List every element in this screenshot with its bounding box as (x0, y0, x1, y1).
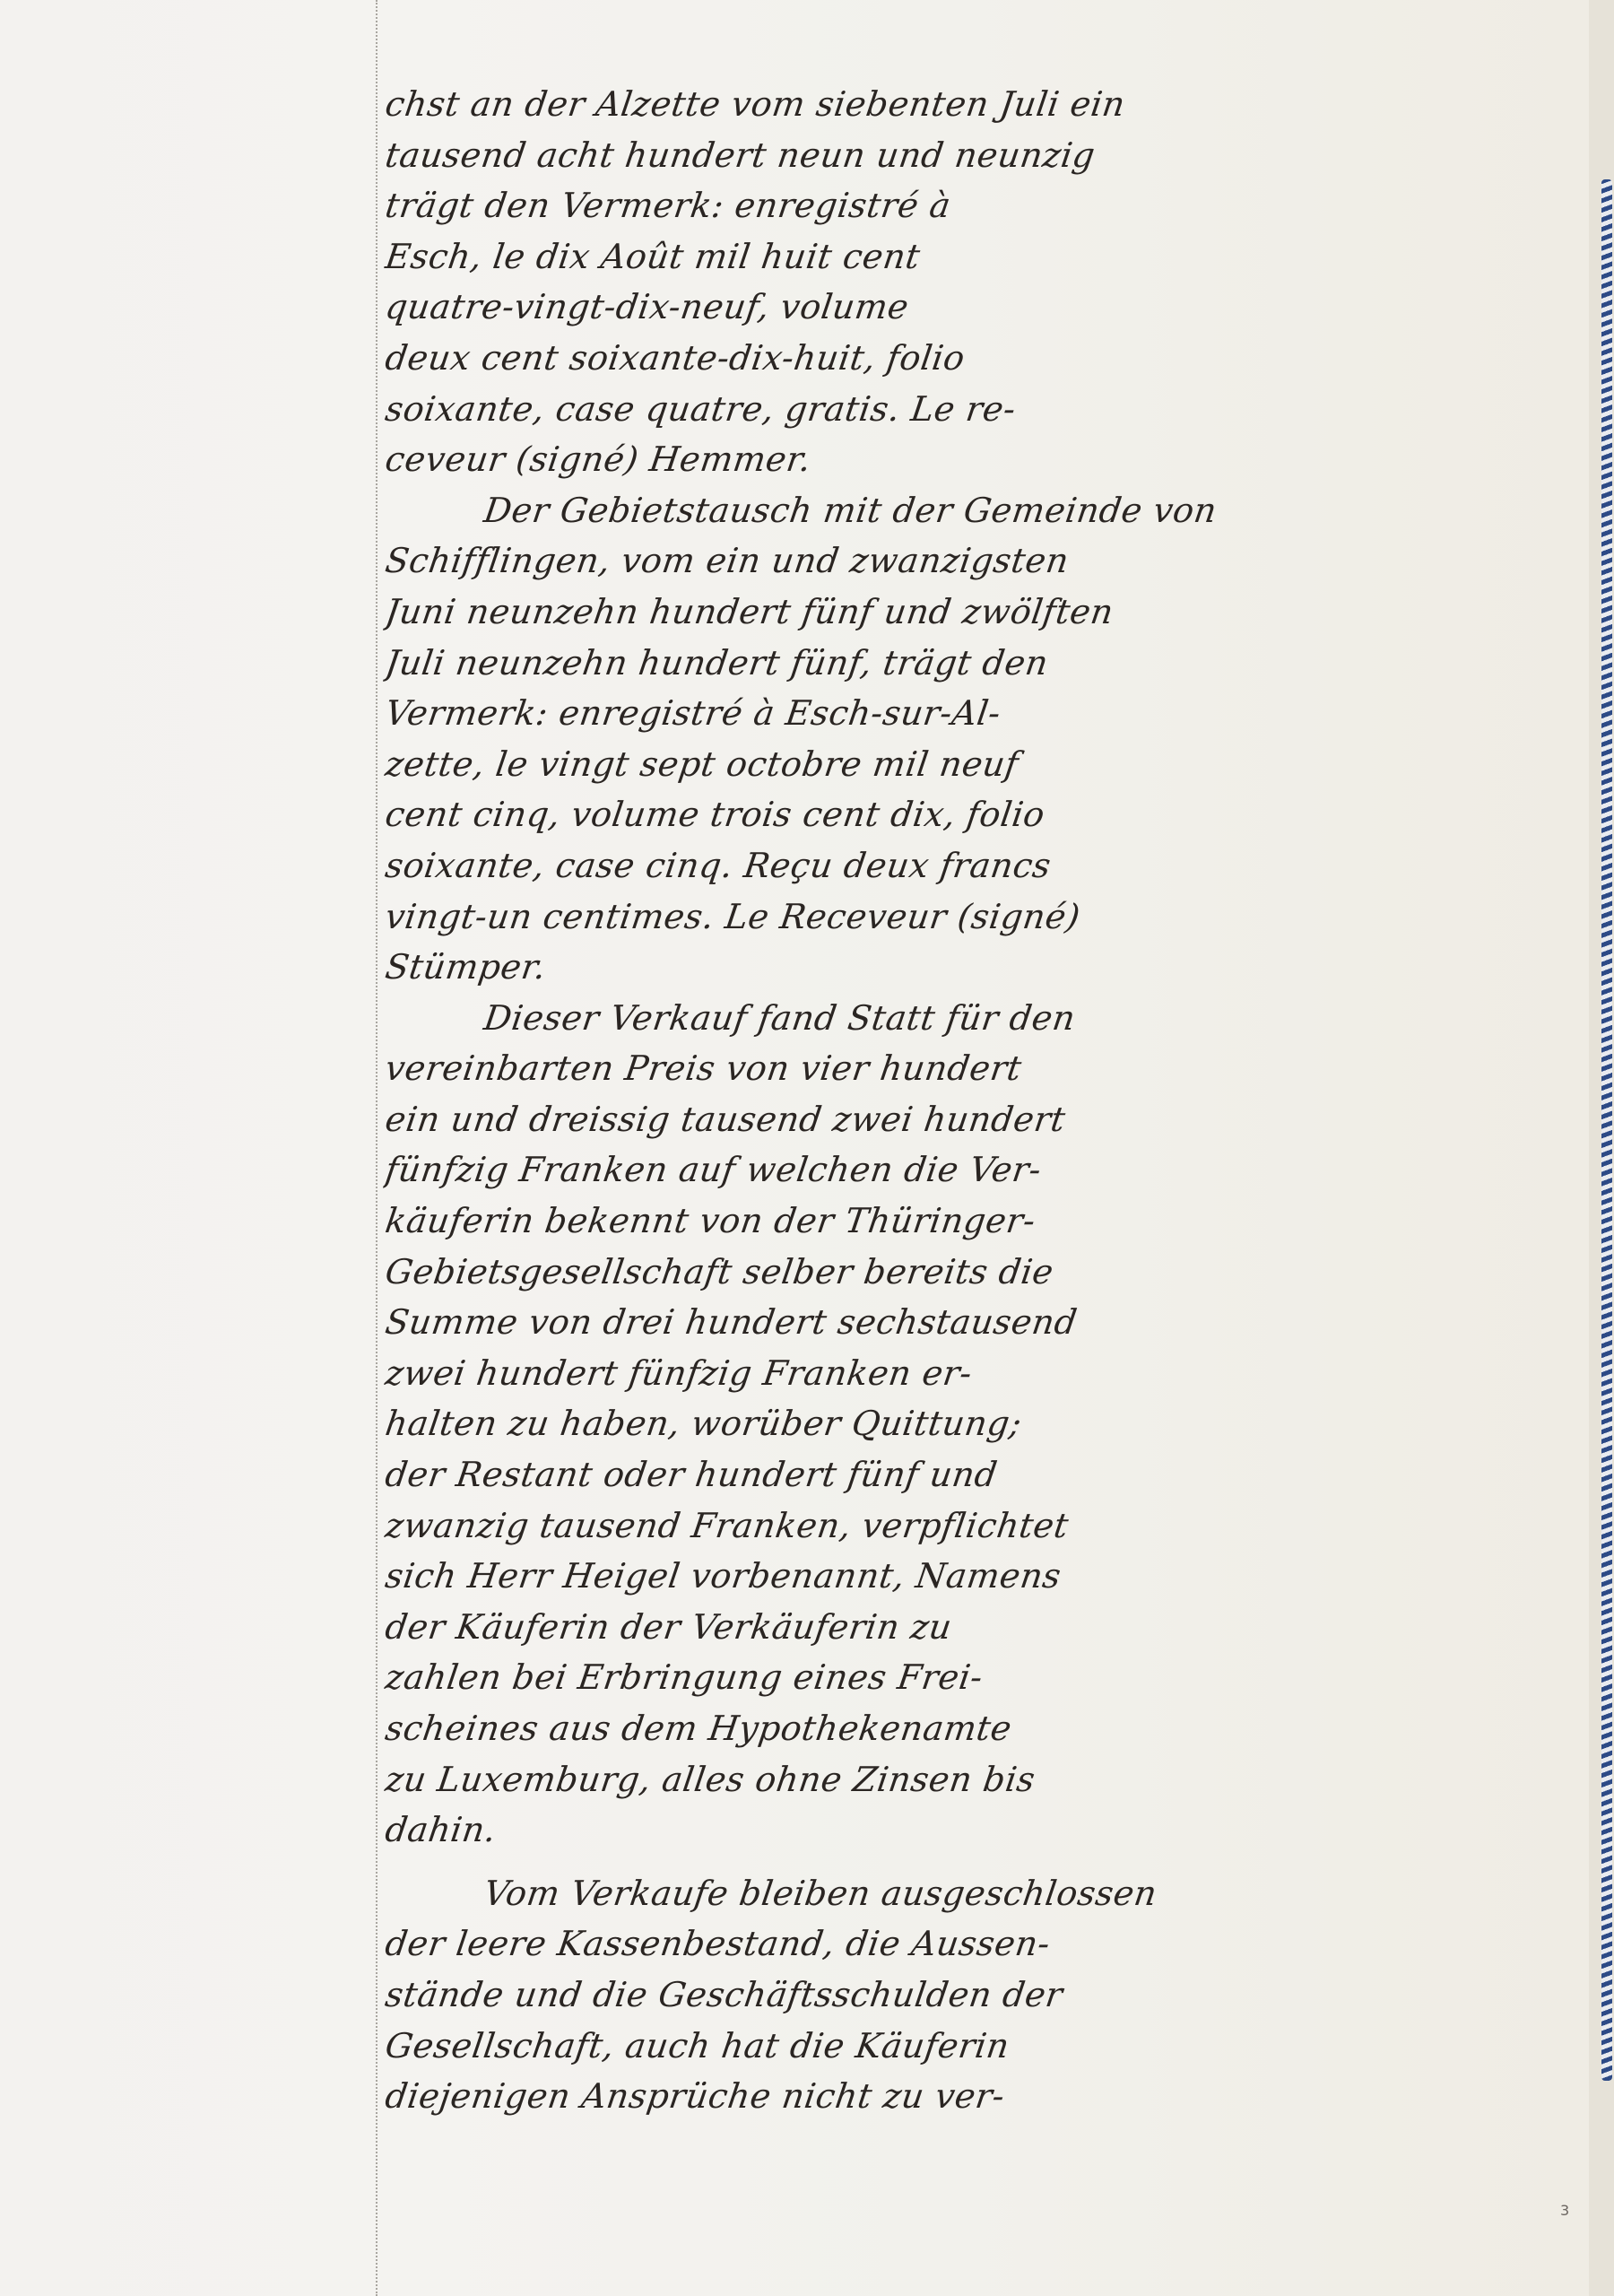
text-line: zwei hundert fünfzig Franken er- (382, 1348, 1591, 1399)
text-line: fünfzig Franken auf welchen die Ver- (382, 1144, 1591, 1196)
text-line: zette, le vingt sept octobre mil neuf (382, 739, 1591, 790)
paragraph-start: Vom Verkaufe bleiben ausgeschlossen (382, 1868, 1591, 1919)
text-line: chst an der Alzette vom siebenten Juli e… (382, 79, 1591, 130)
text-line: tausend acht hundert neun und neunzig (382, 130, 1591, 181)
text-line: der leere Kassenbestand, die Aussen- (382, 1918, 1591, 1970)
text-line: stände und die Geschäftsschulden der (382, 1970, 1591, 2021)
text-line: der Restant oder hundert fünf und (382, 1449, 1591, 1500)
text-line: Stümper. (382, 942, 1591, 993)
text-line: Juni neunzehn hundert fünf und zwölften (382, 587, 1591, 638)
text-line: käuferin bekennt von der Thüringer- (382, 1196, 1591, 1247)
handwritten-text-block: chst an der Alzette vom siebenten Juli e… (386, 79, 1587, 2122)
text-line: soixante, case quatre, gratis. Le re- (382, 384, 1591, 435)
page-mark: 3 (1560, 2202, 1569, 2219)
text-line: ein und dreissig tausend zwei hundert (382, 1094, 1591, 1145)
text-line: zahlen bei Erbringung eines Frei- (382, 1652, 1591, 1703)
text-line: deux cent soixante-dix-huit, folio (382, 333, 1591, 384)
text-line: vereinbarten Preis von vier hundert (382, 1043, 1591, 1094)
text-line: der Käuferin der Verkäuferin zu (382, 1602, 1591, 1653)
text-line: Esch, le dix Août mil huit cent (382, 231, 1591, 283)
text-line: sich Herr Heigel vorbenannt, Namens (382, 1551, 1591, 1602)
text-line: Gebietsgesellschaft selber bereits die (382, 1247, 1591, 1298)
text-line: ceveur (signé) Hemmer. (382, 434, 1591, 485)
text-line: Juli neunzehn hundert fünf, trägt den (382, 638, 1591, 689)
text-line: cent cinq, volume trois cent dix, folio (382, 789, 1591, 840)
text-line: zwanzig tausend Franken, verpflichtet (382, 1500, 1591, 1552)
paragraph-start: Dieser Verkauf fand Statt für den (382, 993, 1591, 1044)
text-line: Schifflingen, vom ein und zwanzigsten (382, 535, 1591, 587)
text-line: dahin. (382, 1805, 1591, 1856)
text-line: trägt den Vermerk: enregistré à (382, 180, 1591, 231)
text-line: Summe von drei hundert sechstausend (382, 1297, 1591, 1348)
text-line: scheines aus dem Hypothekenamte (382, 1703, 1591, 1754)
text-line: Gesellschaft, auch hat die Käuferin (382, 2021, 1591, 2072)
text-line: quatre-vingt-dix-neuf, volume (382, 282, 1591, 333)
margin-rule (376, 0, 377, 2296)
binding-thread (1601, 179, 1612, 2081)
paragraph-start: Der Gebietstausch mit der Gemeinde von (382, 485, 1591, 536)
text-line: halten zu haben, worüber Quittung; (382, 1398, 1591, 1449)
text-line: soixante, case cinq. Reçu deux francs (382, 840, 1591, 891)
text-line: Vermerk: enregistré à Esch-sur-Al- (382, 688, 1591, 739)
text-line: diejenigen Ansprüche nicht zu ver- (382, 2071, 1591, 2122)
text-line: zu Luxemburg, alles ohne Zinsen bis (382, 1754, 1591, 1805)
text-line: vingt-un centimes. Le Receveur (signé) (382, 891, 1591, 943)
